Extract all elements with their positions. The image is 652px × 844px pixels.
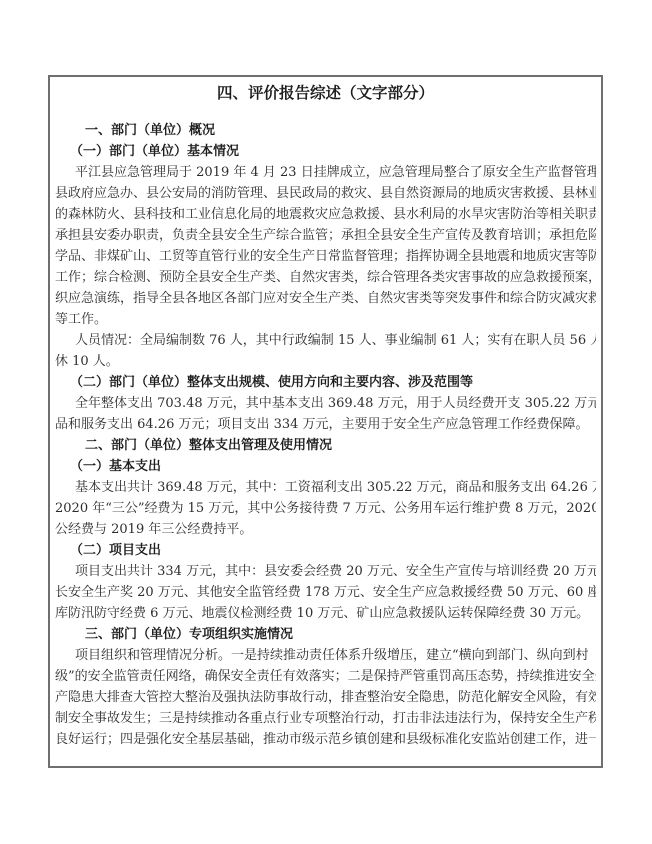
text-line: 品和服务支出 64.26 万元；项目支出 334 万元，主要用于安全生产应急管理…: [55, 414, 596, 435]
text-line: 平江县应急管理局于 2019 年 4 月 23 日挂牌成立，应急管理局整合了原安…: [55, 162, 596, 183]
text-line: 级”的安全监管责任网络，确保安全责任有效落实；二是保持严管重罚高压态势，持续推进…: [55, 666, 596, 687]
text-line: 的森林防火、县科技和工业信息化局的地震救灾应急救援、县水利局的水旱灾害防治等相关…: [55, 204, 596, 225]
text-line: （一）部门（单位）基本情况: [55, 141, 596, 162]
text-line: 公经费与 2019 年三公经费持平。: [55, 519, 596, 540]
text-line: 人员情况：全局编制数 76 人，其中行政编制 15 人、事业编制 61 人；实有…: [55, 330, 596, 351]
text-line: 三、部门（单位）专项组织实施情况: [55, 624, 596, 645]
document-frame: 四、评价报告综述（文字部分） 一、部门（单位）概况（一）部门（单位）基本情况平江…: [48, 75, 603, 768]
text-line: 学品、非煤矿山、工贸等直管行业的安全生产日常监督管理；指挥协调全县地震和地质灾害…: [55, 246, 596, 267]
text-line: 承担县安委办职责，负责全县安全生产综合监管；承担全县安全生产宣传及教育培训；承担…: [55, 225, 596, 246]
text-line: （二）部门（单位）整体支出规模、使用方向和主要内容、涉及范围等: [55, 372, 596, 393]
text-line: （一）基本支出: [55, 456, 596, 477]
text-line: 一、部门（单位）概况: [55, 120, 596, 141]
text-line: 工作；综合检测、预防全县安全生产类、自然灾害类，综合管理各类灾害事故的应急救援预…: [55, 267, 596, 288]
text-line: 织应急演练，指导全县各地区各部门应对安全生产类、自然灾害类等突发事件和综合防灾减…: [55, 288, 596, 309]
text-line: 等工作。: [55, 309, 596, 330]
text-line: （二）项目支出: [55, 540, 596, 561]
text-line: 2020 年“三公”经费为 15 万元，其中公务接待费 7 万元、公务用车运行维…: [55, 498, 596, 519]
text-line: 二、部门（单位）整体支出管理及使用情况: [55, 435, 596, 456]
text-line: 长安全生产奖 20 万元、其他安全监管经费 178 万元、安全生产应急救援经费 …: [55, 582, 596, 603]
text-line: 项目组织和管理情况分析。一是持续推动责任体系升级增压，建立“横向到部门、纵向到村: [55, 645, 596, 666]
text-line: 基本支出共计 369.48 万元，其中：工资福利支出 305.22 万元，商品和…: [55, 477, 596, 498]
text-line: 县政府应急办、县公安局的消防管理、县民政局的救灾、县自然资源局的地质灾害救援、县…: [55, 183, 596, 204]
report-page: 四、评价报告综述（文字部分） 一、部门（单位）概况（一）部门（单位）基本情况平江…: [0, 0, 652, 844]
text-line: 制安全事故发生；三是持续推动各重点行业专项整治行动，打击非法违法行为，保持安全生…: [55, 708, 596, 729]
document-title: 四、评价报告综述（文字部分）: [55, 82, 596, 104]
text-line: 产隐患大排查大管控大整治及强执法防事故行动，排查整治安全隐患，防范化解安全风险，…: [55, 687, 596, 708]
text-line: 项目支出共计 334 万元，其中：县安委会经费 20 万元、安全生产宣传与培训经…: [55, 561, 596, 582]
text-line: 休 10 人。: [55, 351, 596, 372]
document-body: 一、部门（单位）概况（一）部门（单位）基本情况平江县应急管理局于 2019 年 …: [55, 120, 596, 750]
text-line: 全年整体支出 703.48 万元，其中基本支出 369.48 万元，用于人员经费…: [55, 393, 596, 414]
text-line: 良好运行；四是强化安全基层基础，推动市级示范乡镇创建和县级标准化安监站创建工作，…: [55, 729, 596, 750]
text-line: 库防汛防守经费 6 万元、地震仪检测经费 10 万元、矿山应急救援队运转保障经费…: [55, 603, 596, 624]
